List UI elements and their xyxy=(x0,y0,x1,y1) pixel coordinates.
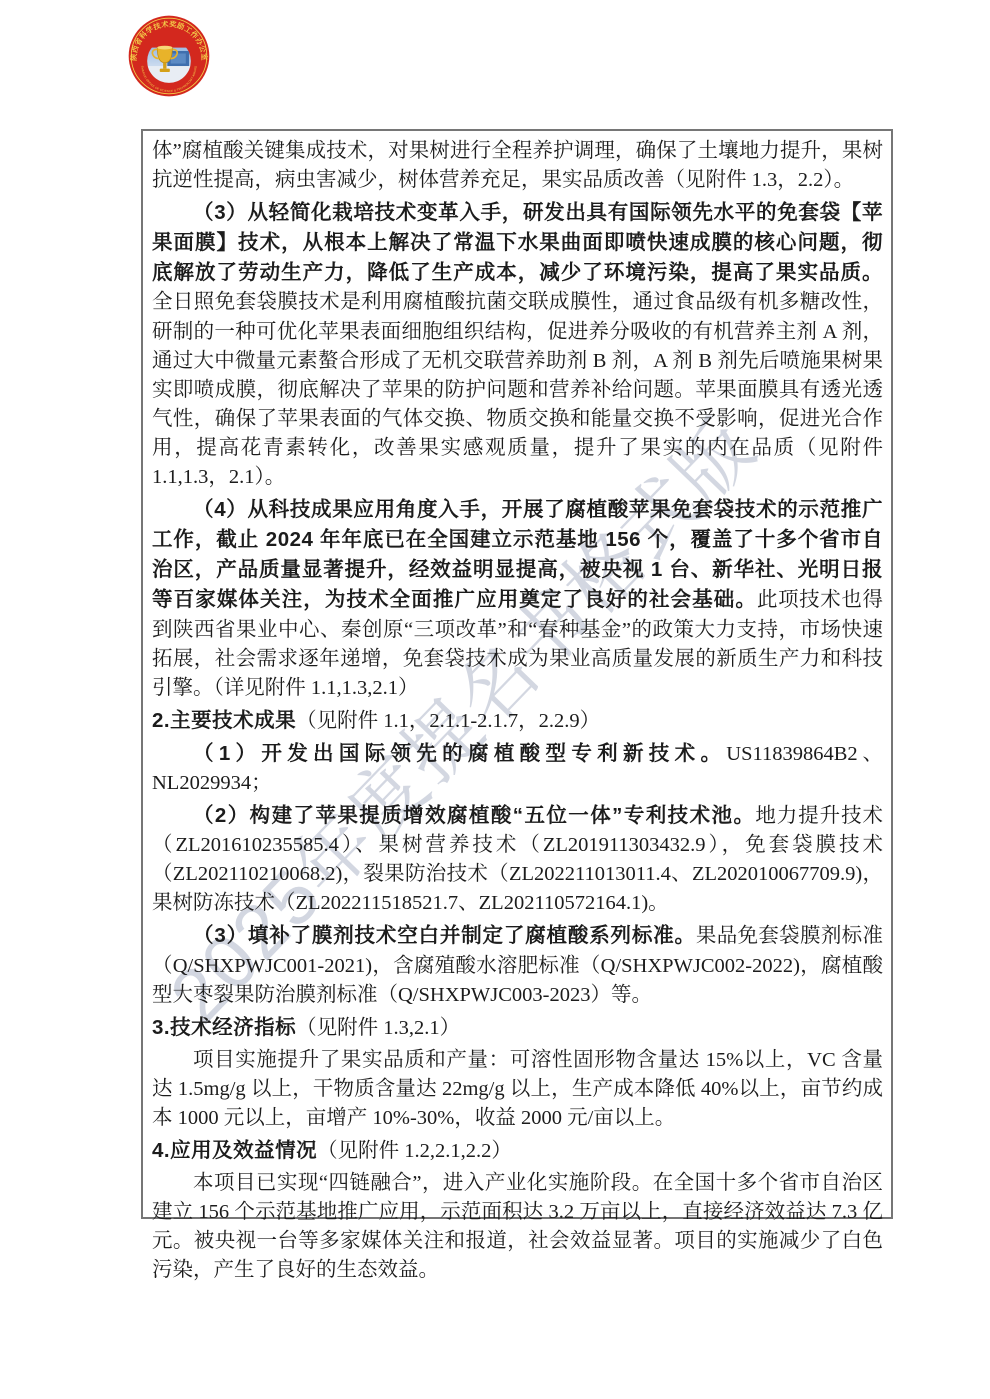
org-seal-svg: 陕西省科学技术奖励工作办公室 SHAANXI OFFICE OF SCIENCE… xyxy=(127,14,211,98)
paragraph: （1）开发出国际领先的腐植酸型专利新技术。US11839864B2、NL2029… xyxy=(152,739,883,798)
text-segment: 本项目已实现“四链融合”，进入产业化实施阶段。在全国十多个省市自治区建立 156… xyxy=(152,1172,883,1281)
paragraph: 4.应用及效益情况（见附件 1.2,2.1,2.2） xyxy=(152,1136,883,1166)
paragraph: （3）从轻简化栽培技术变革入手，研发出具有国际领先水平的免套袋【苹果面膜】技术，… xyxy=(152,198,883,492)
paragraph: 2.主要技术成果（见附件 1.1，2.1.1-2.1.7，2.2.9） xyxy=(152,706,883,736)
bold-text-segment: （3）填补了膜剂技术空白并制定了腐植酸系列标准。 xyxy=(193,924,696,947)
document-body: 体”腐植酸关键集成技术，对果树进行全程养护调理，确保了土壤地力提升，果树抗逆性提… xyxy=(152,137,883,1286)
document-cell: 体”腐植酸关键集成技术，对果树进行全程养护调理，确保了土壤地力提升，果树抗逆性提… xyxy=(141,129,893,1219)
page-root: { "page": {"background": "#ffffff"}, "lo… xyxy=(0,0,990,1399)
bold-text-segment: 4.应用及效益情况 xyxy=(152,1139,317,1162)
bold-text-segment: 2.主要技术成果 xyxy=(152,709,296,732)
paragraph: （3）填补了膜剂技术空白并制定了腐植酸系列标准。果品免套袋膜剂标准（Q/SHXP… xyxy=(152,921,883,1009)
bold-text-segment: （1）开发出国际领先的腐植酸型专利新技术。 xyxy=(193,742,726,765)
bold-text-segment: 3.技术经济指标 xyxy=(152,1016,296,1039)
text-segment: 体”腐植酸关键集成技术，对果树进行全程养护调理，确保了土壤地力提升，果树抗逆性提… xyxy=(152,140,883,191)
text-segment: （见附件 1.1，2.1.1-2.1.7，2.2.9） xyxy=(296,710,600,732)
org-seal-logo: 陕西省科学技术奖励工作办公室 SHAANXI OFFICE OF SCIENCE… xyxy=(127,14,211,98)
paragraph: 项目实施提升了果实品质和产量：可溶性固形物含量达 15%以上，VC 含量达 1.… xyxy=(152,1046,883,1133)
text-segment: （见附件 1.3,2.1） xyxy=(296,1017,460,1039)
text-segment: 全日照免套袋膜技术是利用腐植酸抗菌交联成膜性，通过食品级有机多糖改性，研制的一种… xyxy=(152,291,883,488)
text-segment: （见附件 1.2,2.1,2.2） xyxy=(317,1140,512,1162)
paragraph: 3.技术经济指标（见附件 1.3,2.1） xyxy=(152,1013,883,1043)
bold-text-segment: （3）从轻简化栽培技术变革入手，研发出具有国际领先水平的免套袋【苹果面膜】技术，… xyxy=(152,201,883,284)
paragraph: （4）从科技成果应用角度入手，开展了腐植酸苹果免套袋技术的示范推广工作，截止 2… xyxy=(152,495,883,703)
text-segment: 项目实施提升了果实品质和产量：可溶性固形物含量达 15%以上，VC 含量达 1.… xyxy=(152,1049,883,1129)
paragraph: 本项目已实现“四链融合”，进入产业化实施阶段。在全国十多个省市自治区建立 156… xyxy=(152,1169,883,1285)
paragraph: 体”腐植酸关键集成技术，对果树进行全程养护调理，确保了土壤地力提升，果树抗逆性提… xyxy=(152,137,883,195)
paragraph: （2）构建了苹果提质增效腐植酸“五位一体”专利技术池。地力提升技术（ZL2016… xyxy=(152,801,883,918)
bold-text-segment: （2）构建了苹果提质增效腐植酸“五位一体”专利技术池。 xyxy=(193,804,755,827)
